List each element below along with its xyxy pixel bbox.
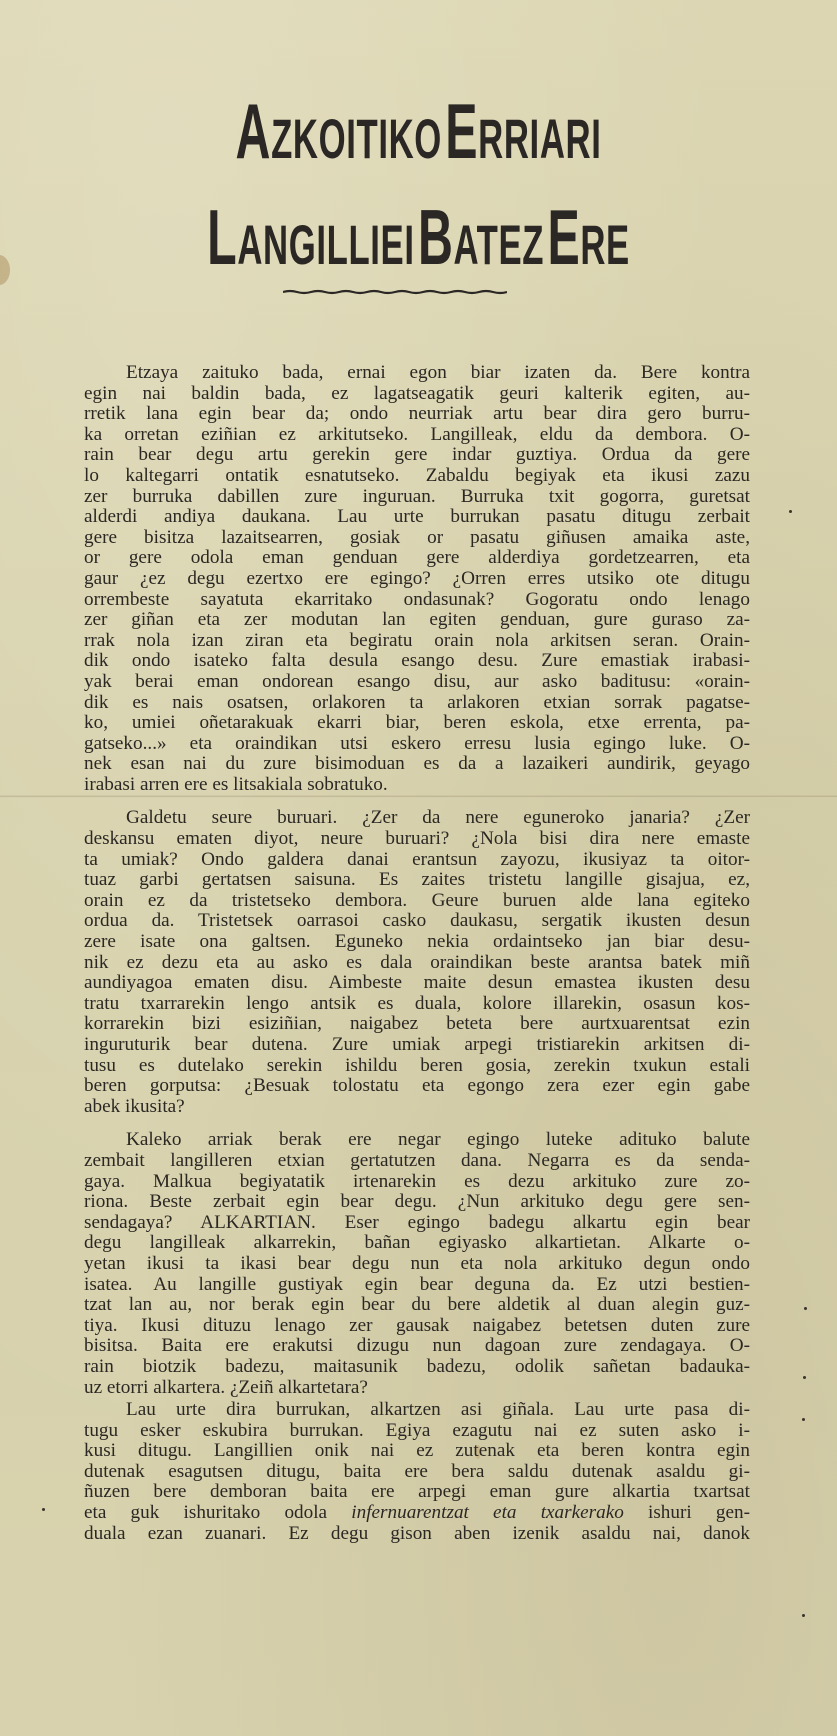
text-line: ta umiak? Ondo galdera danai erantsun za…	[84, 850, 750, 871]
text-line: ko, umiei oñetarakuak ekarri biar, beren…	[84, 713, 750, 734]
headline-word: ERRIARI	[445, 145, 601, 162]
headline-word: BATEZ	[418, 251, 544, 268]
text-line: degu langilleak alkarrekin, bañan egiyas…	[84, 1233, 750, 1254]
text-line: or gere odola eman genduan gere alderdiy…	[84, 548, 750, 569]
text-line: rain bear degu artu gerekin gere indar g…	[84, 445, 750, 466]
text-line: gere bisitza lazaitsearren, gosiak or pa…	[84, 528, 750, 549]
article-paragraph: Galdetu seure buruari. ¿Zer da nere egun…	[84, 808, 750, 1117]
article-body: Etzaya zaituko bada, ernai egon biar iza…	[84, 350, 750, 1544]
text-run: eta guk ishuritako odola	[84, 1502, 351, 1523]
text-line: tiya. Ikusi dituzu lenago zer gausak nai…	[84, 1316, 750, 1337]
text-line: orrembeste sayatuta ekarritako ondasunak…	[84, 590, 750, 611]
text-line: Lau urte dira burrukan, alkartzen asi gi…	[84, 1400, 750, 1421]
text-line: zer burruka dabillen zure inguruan. Burr…	[84, 487, 750, 508]
text-line: beren gorputsa: ¿Besuak tolostatu eta eg…	[84, 1076, 750, 1097]
text-line: deskansu ematen diyot, neure buruari? ¿N…	[84, 829, 750, 850]
ink-speck	[802, 1418, 805, 1421]
text-line: korrarekin bizi esiziñian, naigabez bete…	[84, 1014, 750, 1035]
text-line: orain ez da tristetseko dembora. Geure b…	[84, 891, 750, 912]
article-paragraph: Etzaya zaituko bada, ernai egon biar iza…	[84, 363, 750, 795]
ink-speck	[802, 1614, 805, 1617]
text-line: rrak nola izan ziran eta begiratu orain …	[84, 631, 750, 652]
text-line: Etzaya zaituko bada, ernai egon biar iza…	[84, 363, 750, 384]
article-paragraph: Kaleko arriak berak ere negar egingo lut…	[84, 1130, 750, 1398]
decorative-wavy-rule	[283, 289, 507, 295]
headline-word: ERE	[547, 251, 629, 268]
ink-speck	[803, 1376, 806, 1379]
text-line: gatseko...» eta oraindikan utsi eskero e…	[84, 734, 750, 755]
text-line: inguruturik bear dutena. Zure umiak arpe…	[84, 1035, 750, 1056]
text-line: dik es nais osatsen, orlakoren ta arlako…	[84, 693, 750, 714]
text-line: sendagaya? ALKARTIAN. Eser egingo badegu…	[84, 1213, 750, 1234]
text-line: dik ondo isateko falta desula esango des…	[84, 651, 750, 672]
text-line: zere isate ona galtsen. Eguneko nekia or…	[84, 932, 750, 953]
headline-word: LANGILLIEI	[207, 251, 414, 268]
text-line: kusi ditugu. Langillien onik nai ez zute…	[84, 1441, 750, 1462]
headline-line-1: AZKOITIKO ERRIARI	[159, 92, 678, 193]
text-line: tzat lan au, nor berak egin bear du bere…	[84, 1295, 750, 1316]
text-line: tratu txarrarekin lengo antsik es duala,…	[84, 994, 750, 1015]
text-line: ka orretan eziñian ez arkitutseko. Langi…	[84, 425, 750, 446]
text-line: uz etorri alkartera. ¿Zeiñ alkartetara?	[84, 1378, 750, 1399]
text-line: aundiyagoa ematen disu. Aimbeste maite d…	[84, 973, 750, 994]
text-line: tusu es dutelako serekin ishildu beren g…	[84, 1056, 750, 1077]
text-line: rain biotzik badezu, maitasunik badezu, …	[84, 1357, 750, 1378]
text-line: yak berai eman ondorean esango disu, aur…	[84, 672, 750, 693]
text-line: egin nai baldin bada, ez lagatseagatik g…	[84, 384, 750, 405]
text-line: eta guk ishuritako odola infernuarentzat…	[84, 1503, 750, 1524]
text-line: zembait langilleren etxian gertatutzen d…	[84, 1151, 750, 1172]
text-line: dutenak esagutsen ditugu, baita ere bera…	[84, 1462, 750, 1483]
text-line: nik ez dezu eta au asko es dala oraindik…	[84, 953, 750, 974]
text-line: duala ezan zuanari. Ez degu gison aben i…	[84, 1524, 750, 1545]
text-line: alderdi andiya daukana. Lau urte burruka…	[84, 507, 750, 528]
text-line: tugu esker eskubira burrukan. Egiya ezag…	[84, 1421, 750, 1442]
text-line: rretik lana egin bear da; ondo neurriak …	[84, 404, 750, 425]
text-line: zer giñan eta zer modutan lan egiten gen…	[84, 610, 750, 631]
headline-line-2: LANGILLIEI BATEZ ERE	[159, 198, 678, 299]
text-line: ñuzen bere demboran baita ere arpegi ema…	[84, 1482, 750, 1503]
text-line: gaur ¿ez degu ezertxo ere egingo? ¿Orren…	[84, 569, 750, 590]
text-line: nek esan nai du zure bisimoduan es da a …	[84, 754, 750, 775]
article-paragraph: Lau urte dira burrukan, alkartzen asi gi…	[84, 1400, 750, 1544]
text-line: gaya. Malkua begiyatatik irtenarekin es …	[84, 1172, 750, 1193]
text-line: abek ikusita?	[84, 1097, 750, 1118]
text-line: tuaz garbi gertatsen saisuna. Es zaites …	[84, 870, 750, 891]
text-run: ishuri gen-	[624, 1502, 750, 1523]
text-line: lo kaltegarri ontatik esnatutseko. Zabal…	[84, 466, 750, 487]
text-line: irabasi arren ere es litsakiala sobratuk…	[84, 775, 750, 796]
text-line: riona. Beste zerbait egin bear degu. ¿Nu…	[84, 1192, 750, 1213]
text-line: ordua da. Tristetsek oarrasoi casko dauk…	[84, 911, 750, 932]
ink-speck	[804, 1307, 807, 1310]
italic-text-run: infernuarentzat eta txarkerako	[351, 1502, 624, 1523]
ink-speck	[789, 510, 792, 513]
text-line: isatea. Au langille gustiyak egin bear d…	[84, 1275, 750, 1296]
headline-word: AZKOITIKO	[236, 145, 442, 162]
text-line: yetan ikusi ta ikasi bear degu nun eta n…	[84, 1254, 750, 1275]
text-line: bisitsa. Baita ere erakutsi dizugu nun d…	[84, 1336, 750, 1357]
ink-speck	[42, 1508, 45, 1511]
text-line: Kaleko arriak berak ere negar egingo lut…	[84, 1130, 750, 1151]
text-line: Galdetu seure buruari. ¿Zer da nere egun…	[84, 808, 750, 829]
